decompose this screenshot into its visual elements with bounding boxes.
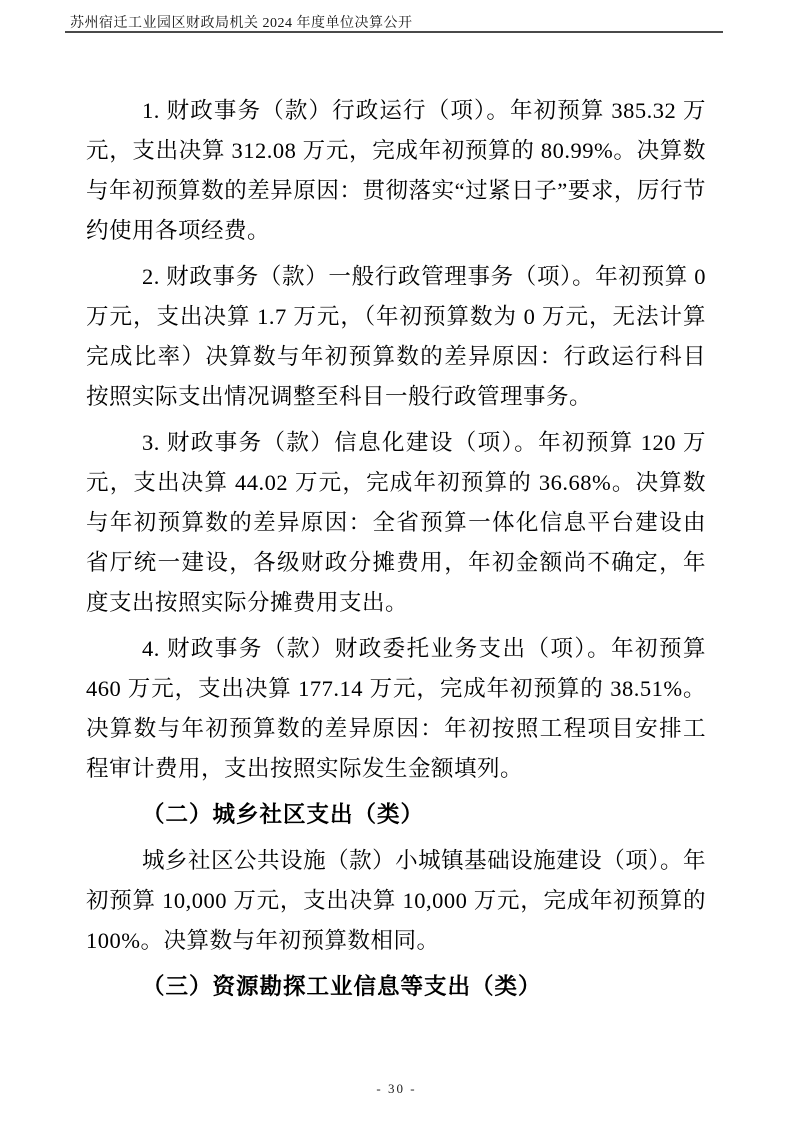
- document-body: 1. 财政事务（款）行政运行（项）。年初预算 385.32 万元，支出决算 31…: [86, 91, 706, 1013]
- paragraph-admin-operation: 1. 财政事务（款）行政运行（项）。年初预算 385.32 万元，支出决算 31…: [86, 91, 706, 251]
- paragraph-general-admin-affairs: 2. 财政事务（款）一般行政管理事务（项）。年初预算 0 万元，支出决算 1.7…: [86, 257, 706, 417]
- heading-resource-exploration-expense: （三）资源勘探工业信息等支出（类）: [86, 967, 706, 1007]
- heading-urban-rural-community-expense: （二）城乡社区支出（类）: [86, 795, 706, 835]
- page-number: - 30 -: [0, 1081, 793, 1097]
- paragraph-entrusted-business-expense: 4. 财政事务（款）财政委托业务支出（项）。年初预算 460 万元，支出决算 1…: [86, 629, 706, 789]
- paragraph-informatization-construction: 3. 财政事务（款）信息化建设（项）。年初预算 120 万元，支出决算 44.0…: [86, 423, 706, 623]
- document-page: 苏州宿迁工业园区财政局机关 2024 年度单位决算公开 1. 财政事务（款）行政…: [0, 0, 793, 1122]
- paragraph-small-town-infrastructure: 城乡社区公共设施（款）小城镇基础设施建设（项）。年初预算 10,000 万元，支…: [86, 841, 706, 961]
- page-header-title: 苏州宿迁工业园区财政局机关 2024 年度单位决算公开: [70, 12, 413, 32]
- header-divider-line: [65, 31, 723, 33]
